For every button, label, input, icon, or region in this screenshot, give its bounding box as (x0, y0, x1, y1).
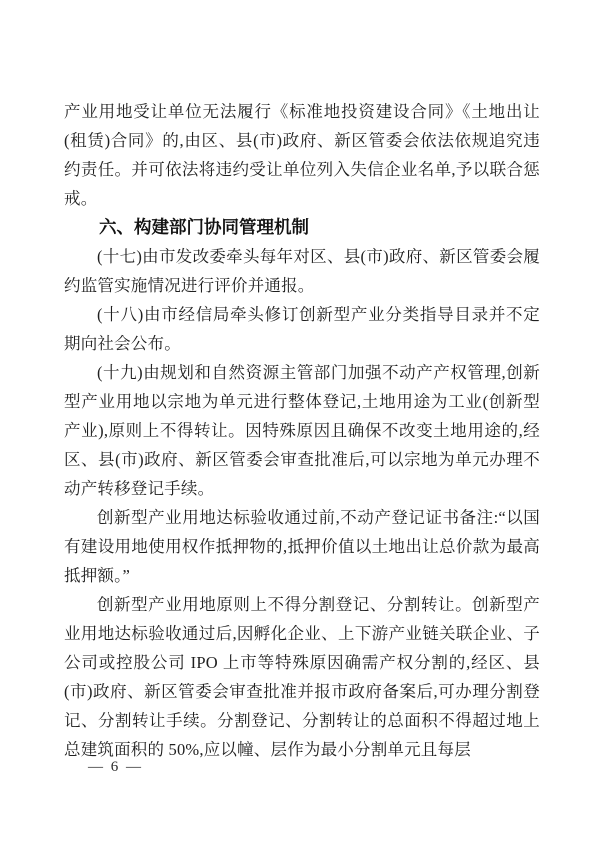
page-body: 产业用地受让单位无法履行《标准地投资建设合同》《土地出让(租赁)合同》的,由区、… (64, 97, 540, 764)
section-heading: 六、构建部门协同管理机制 (64, 213, 540, 242)
paragraph-mortgage-note: 创新型产业用地达标验收通过前,不动产登记证书备注:“以国有建设用地使用权作抵押物… (64, 503, 540, 590)
paragraph-item-17: (十七)由市发改委牵头每年对区、县(市)政府、新区管委会履约监管实施情况进行评价… (64, 242, 540, 300)
paragraph-breach-liability: 产业用地受让单位无法履行《标准地投资建设合同》《土地出让(租赁)合同》的,由区、… (64, 97, 540, 213)
paragraph-item-19: (十九)由规划和自然资源主管部门加强不动产产权管理,创新型产业用地以宗地为单元进… (64, 358, 540, 503)
paragraph-split-transfer: 创新型产业用地原则上不得分割登记、分割转让。创新型产业用地达标验收通过后,因孵化… (64, 590, 540, 764)
paragraph-item-18: (十八)由市经信局牵头修订创新型产业分类指导目录并不定期向社会公布。 (64, 300, 540, 358)
page-number: — 6 — (88, 757, 143, 777)
document-page: 产业用地受让单位无法履行《标准地投资建设合同》《土地出让(租赁)合同》的,由区、… (0, 0, 600, 848)
